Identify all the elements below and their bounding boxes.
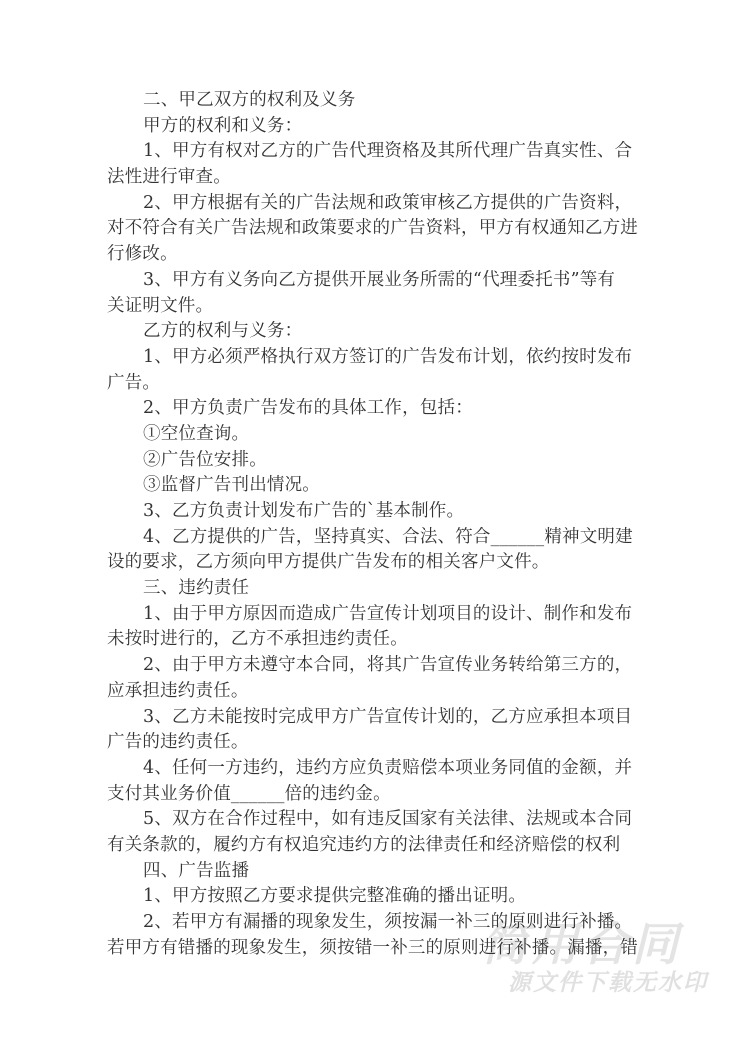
watermark-subtitle-text: 源文件下载无水印	[508, 964, 708, 997]
contract-text-line: 对不符合有关广告法规和政策要求的广告资料，甲方有权通知乙方进	[107, 216, 627, 242]
contract-text-line: 广告。	[107, 371, 627, 397]
contract-text-line: ②广告位安排。	[107, 448, 627, 474]
contract-text-line: 未按时进行的，乙方不承担违约责任。	[107, 627, 627, 653]
contract-text-line: 3、乙方未能按时完成甲方广告宣传计划的，乙方应承担本项目	[107, 705, 627, 731]
contract-text-line: 4、任何一方违约，违约方应负责赔偿本项业务同值的金额，并	[107, 756, 627, 782]
contract-text-line: 设的要求，乙方须向甲方提供广告发布的相关客户文件。	[107, 550, 627, 576]
contract-text-line: 三、违约责任	[107, 576, 627, 602]
contract-text-line: 2、由于甲方未遵守本合同，将其广告宣传业务转给第三方的，	[107, 653, 627, 679]
contract-text-line: 应承担违约责任。	[107, 679, 627, 705]
contract-text-line: 1、甲方必须严格执行双方签订的广告发布计划，依约按时发布	[107, 345, 627, 371]
contract-text-line: 乙方的权利与义务：	[107, 319, 627, 345]
contract-text-line: 关证明文件。	[107, 294, 627, 320]
contract-text-line: 支付其业务价值______倍的违约金。	[107, 782, 627, 808]
contract-text-line: 广告的违约责任。	[107, 730, 627, 756]
contract-text-line: ③监督广告刊出情况。	[107, 473, 627, 499]
contract-text-line: 2、甲方负责广告发布的具体工作，包括：	[107, 396, 627, 422]
contract-text-line: 2、若甲方有漏播的现象发生，须按漏一补三的原则进行补播。	[107, 910, 627, 936]
contract-text-line: 3、乙方负责计划发布广告的`基本制作。	[107, 499, 627, 525]
contract-text-line: 1、甲方有权对乙方的广告代理资格及其所代理广告真实性、合	[107, 139, 627, 165]
contract-text-line: 四、广告监播	[107, 859, 627, 885]
contract-text-line: 二、甲乙双方的权利及义务	[107, 88, 627, 114]
contract-body-text: 二、甲乙双方的权利及义务甲方的权利和义务：1、甲方有权对乙方的广告代理资格及其所…	[107, 88, 627, 961]
contract-text-line: 甲方的权利和义务：	[107, 114, 627, 140]
contract-text-line: ①空位查询。	[107, 422, 627, 448]
contract-text-line: 4、乙方提供的广告，坚持真实、合法、符合______精神文明建	[107, 525, 627, 551]
contract-text-line: 法性进行审查。	[107, 165, 627, 191]
document-page: 简用合同 源文件下载无水印 二、甲乙双方的权利及义务甲方的权利和义务：1、甲方有…	[0, 0, 742, 1049]
contract-text-line: 1、由于甲方原因而造成广告宣传计划项目的设计、制作和发布	[107, 602, 627, 628]
contract-text-line: 有关条款的，履约方有权追究违约方的法律责任和经济赔偿的权利	[107, 833, 627, 859]
contract-text-line: 3、甲方有义务向乙方提供开展业务所需的“代理委托书”等有	[107, 268, 627, 294]
contract-text-line: 若甲方有错播的现象发生，须按错一补三的原则进行补播。漏播，错	[107, 936, 627, 962]
contract-text-line: 1、甲方按照乙方要求提供完整准确的播出证明。	[107, 884, 627, 910]
contract-text-line: 行修改。	[107, 242, 627, 268]
contract-text-line: 5、双方在合作过程中，如有违反国家有关法律、法规或本合同	[107, 807, 627, 833]
contract-text-line: 2、甲方根据有关的广告法规和政策审核乙方提供的广告资料，	[107, 191, 627, 217]
